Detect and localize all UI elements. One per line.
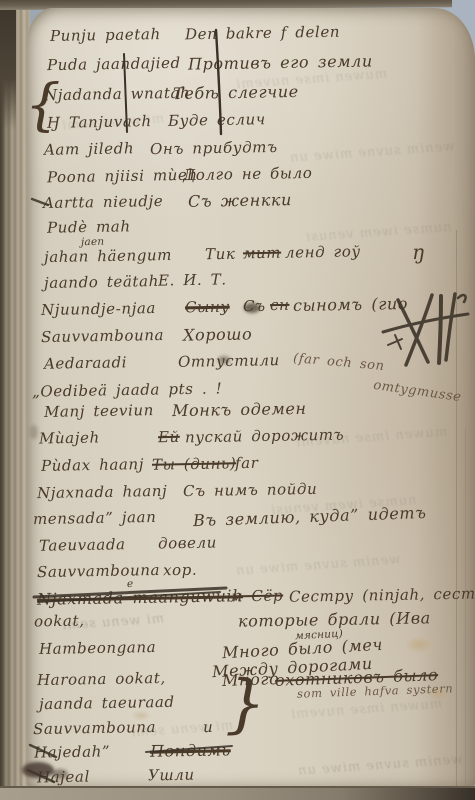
line-10-latin: Njuundje-njaa bbox=[41, 299, 156, 319]
margin-note-swedish-1: (far och son bbox=[293, 351, 386, 374]
line-18-latin: mensada” jaan bbox=[33, 508, 157, 528]
line-17-russian: Съ нимъ пойди bbox=[183, 480, 318, 500]
line-9-russian: Е. И. Т. bbox=[158, 270, 227, 289]
right-brace: } bbox=[225, 672, 266, 736]
line-10-struck-2: сн bbox=[270, 296, 290, 314]
line-20-russian: хор. bbox=[163, 561, 198, 580]
line-0-russian: Den bakre f delen bbox=[185, 23, 340, 44]
line-12-latin: Aedaraadi bbox=[44, 353, 127, 372]
line-26-latin: jaanda taeuraad bbox=[39, 693, 175, 713]
line-2-latin: Njadanda wnatah bbox=[44, 84, 191, 105]
book-cover-corner bbox=[0, 0, 16, 130]
book-bottom-edge bbox=[0, 786, 475, 800]
line-4-latin: Aam jiledh bbox=[44, 139, 134, 159]
line-29-russian: Ушли bbox=[148, 766, 195, 785]
line-12-russian: Отпустили bbox=[178, 351, 280, 371]
line-16-latin: Pùdax haanj bbox=[41, 455, 144, 475]
line-21-latin-struck: Njaxmada maanguwuih bbox=[37, 586, 243, 609]
line-6-latin: Aartta nieudje bbox=[43, 192, 164, 212]
line-8-latin: jahan häengum bbox=[44, 246, 172, 266]
line-10-russian: сыномъ (гио bbox=[293, 294, 408, 315]
line-14-russian: Монкъ одемен bbox=[172, 399, 307, 420]
line-1-latin: Puda jaandajied bbox=[47, 54, 181, 74]
line-23-latin: Hambeongana bbox=[39, 638, 156, 658]
line-22-latin: ookat, bbox=[34, 612, 85, 631]
line-1-russian: Противъ его земли bbox=[188, 51, 373, 73]
line-28-latin: Hajedah” bbox=[34, 742, 111, 761]
line-9-latin: jaando teätah bbox=[44, 272, 159, 292]
line-6-russian: Съ женкки bbox=[188, 190, 292, 211]
line-29-latin: Hajeal bbox=[37, 768, 90, 787]
line-19-russian: довели bbox=[158, 533, 217, 552]
line-16-russian: far bbox=[235, 454, 259, 472]
line-10-mid: Съ bbox=[243, 297, 266, 315]
line-17-latin: Njaxnada haanj bbox=[37, 482, 168, 502]
line-0-latin: Punju paetah bbox=[50, 25, 161, 45]
line-25-latin: Haroana ookat, bbox=[37, 669, 166, 689]
line-5-latin: Poona njiisi mùeh bbox=[47, 166, 198, 187]
line-8-russian-b: ленд гоў bbox=[285, 242, 361, 261]
line-21-russian: Сестру (ninjah, сестра bbox=[289, 584, 475, 606]
page-crease bbox=[465, 428, 466, 787]
line-21-struck: м Сёр bbox=[230, 587, 283, 606]
line-15-latin: Mùajeh bbox=[39, 428, 100, 447]
line-15-struck: Ей bbox=[158, 428, 180, 446]
line-15-russian: пускай дорожитъ bbox=[185, 426, 344, 447]
page-crease bbox=[456, 230, 457, 787]
line-28-russian-struck: Пондимь bbox=[150, 740, 231, 760]
line-7-latin: Pudè mah bbox=[47, 217, 131, 236]
line-10-struck-1: Сыну bbox=[185, 298, 230, 317]
line-16-struck: Ты (динь) bbox=[152, 454, 237, 473]
line-27-latin: Sauvvambouna bbox=[33, 718, 156, 738]
line-11-latin: Sauvvambouna bbox=[41, 326, 164, 346]
line-5-russian: Долго не было bbox=[183, 164, 313, 184]
line-27-tail: и bbox=[203, 718, 214, 736]
notebook-page: muwen imse nuvemi wenim suvne miwe un nu… bbox=[27, 8, 475, 787]
line-19-latin: Taeuvaada bbox=[39, 535, 126, 555]
line-3-latin: Ӈ Tanjuvach bbox=[47, 112, 152, 132]
line-11-russian: Хорошо bbox=[183, 324, 253, 344]
line-13-latin: „Oedibeä jaada pts . ! bbox=[32, 379, 223, 400]
line-8-russian-struck: мит bbox=[243, 244, 281, 263]
line-8-russian-a: Тик bbox=[205, 245, 236, 264]
line-18-russian: Въ землию, куда” идетъ bbox=[193, 503, 427, 530]
line-8-flourish: ŋ bbox=[412, 240, 426, 264]
line-20-latin: Sauvvambouna bbox=[37, 561, 160, 581]
foxing-stain bbox=[405, 636, 433, 653]
line-4-russian: Онъ прибудтъ bbox=[150, 138, 278, 158]
line-2-russian: Тебѣ слегчие bbox=[173, 82, 299, 103]
line-3-russian: Буде еслич bbox=[168, 110, 266, 130]
photo-of-notebook: muwen imse nuvemi wenim suvne miwe un nu… bbox=[0, 0, 475, 800]
line-21-superscript: е bbox=[127, 578, 134, 590]
bleedthrough-text: wenim suvne miwe un bbox=[235, 552, 401, 579]
line-14-latin: Manj teeviun bbox=[44, 401, 154, 421]
